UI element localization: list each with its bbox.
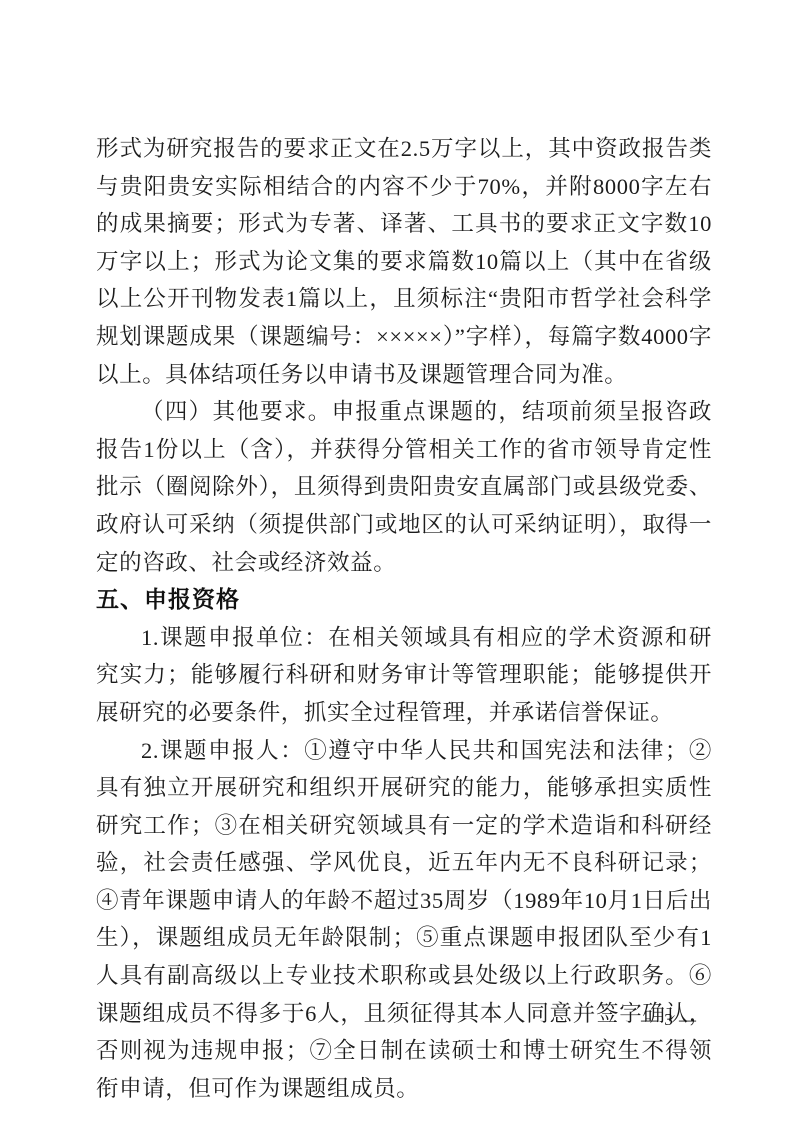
body-paragraph-applicant-person: 2.课题申报人：①遵守中华人民共和国宪法和法律；②具有独立开展研究和组织开展研究… — [96, 732, 712, 1108]
body-paragraph-item-4-other-requirements: （四）其他要求。申报重点课题的，结项前须呈报咨政报告1份以上（含），并获得分管相… — [96, 393, 712, 581]
section-heading-application-qualifications: 五、申报资格 — [96, 581, 712, 619]
body-paragraph-applicant-unit: 1.课题申报单位：在相关领域具有相应的学术资源和研究实力；能够履行科研和财务审计… — [96, 619, 712, 732]
document-body: 形式为研究报告的要求正文在2.5万字以上，其中资政报告类与贵阳贵安实际相结合的内… — [96, 130, 712, 1107]
body-paragraph-continuation: 形式为研究报告的要求正文在2.5万字以上，其中资政报告类与贵阳贵安实际相结合的内… — [96, 130, 712, 393]
document-page: 形式为研究报告的要求正文在2.5万字以上，其中资政报告类与贵阳贵安实际相结合的内… — [0, 0, 794, 1122]
page-number: — 3 — — [641, 1008, 697, 1032]
